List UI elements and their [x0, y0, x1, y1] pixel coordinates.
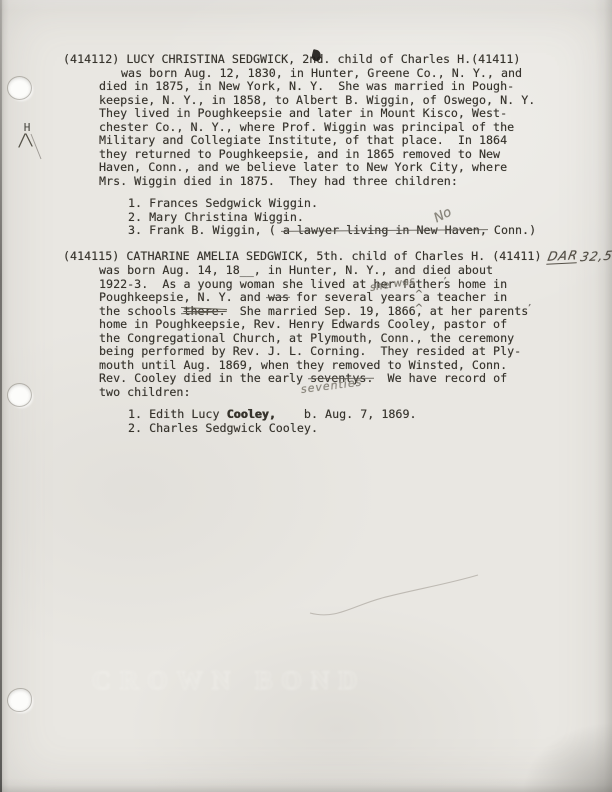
scanned-document-page: H (414112) LUCY CHRISTINA SEDGWICK, 2nd.… [0, 0, 612, 792]
pencil-tick-mark [31, 134, 41, 159]
scratch-overlay [0, 0, 612, 792]
hair-scratch-line [310, 575, 478, 615]
